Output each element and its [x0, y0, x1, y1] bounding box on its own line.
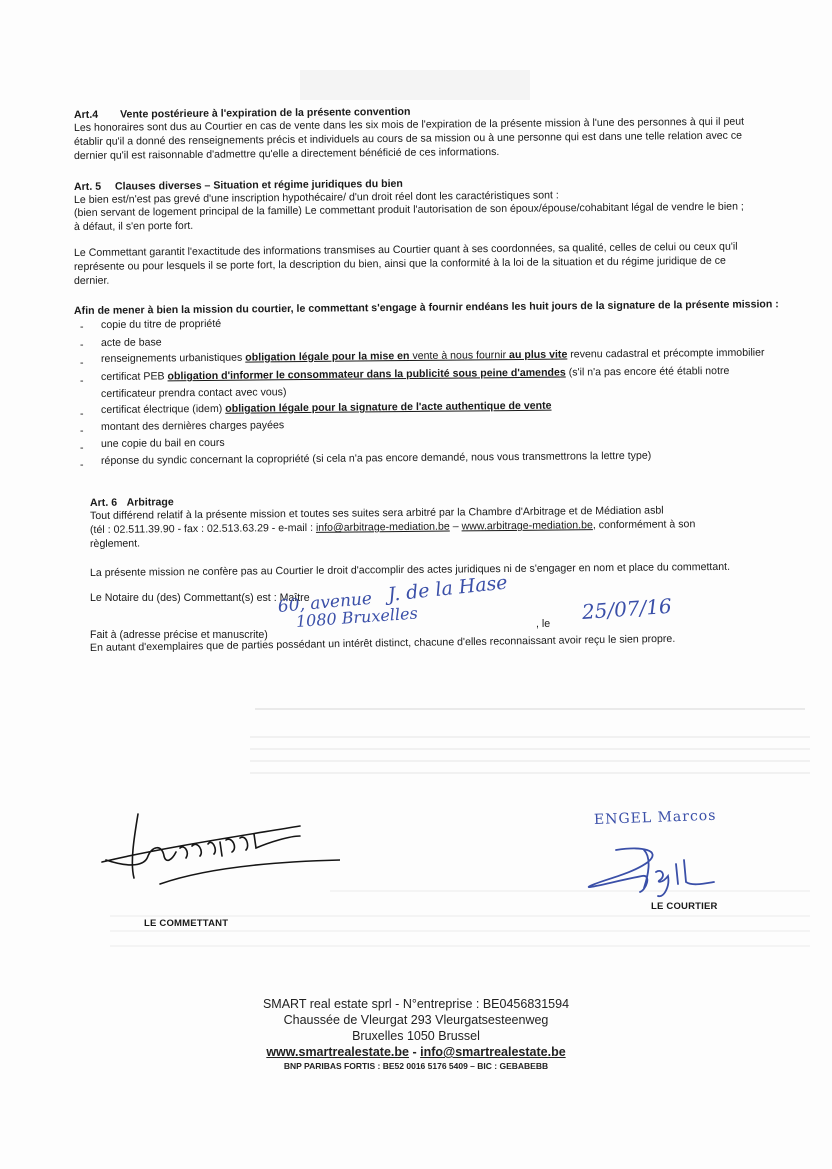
- item-text: (s'il n'a pas encore été établi notre: [566, 365, 730, 379]
- bullet-dash: -: [80, 338, 84, 352]
- art4-line: dernier qu'il est raisonnable d'admettre…: [74, 145, 499, 163]
- art5-guarantee-line: dernier.: [74, 274, 109, 288]
- bullet-dash: -: [80, 374, 84, 388]
- item-text: certificat électrique (idem): [101, 403, 225, 416]
- company-website-link[interactable]: www.smartrealestate.be: [266, 1045, 409, 1059]
- footer-city: Bruxelles 1050 Brussel: [0, 1028, 832, 1044]
- bleed-through-line: [255, 708, 805, 710]
- list-item-lease: une copie du bail en cours: [101, 436, 225, 451]
- bullet-dash: -: [80, 424, 84, 438]
- art6-line: règlement.: [90, 537, 140, 551]
- footer-links: www.smartrealestate.be - info@smartreale…: [0, 1044, 832, 1060]
- art6-title: Arbitrage: [127, 496, 174, 508]
- bullet-dash: -: [80, 441, 84, 455]
- item-text: revenu cadastral et précompte immobilier: [567, 347, 764, 361]
- bullet-dash: -: [80, 407, 84, 421]
- arbitrage-website-link[interactable]: www.arbitrage-mediation.be: [461, 519, 592, 532]
- scanned-document-page: Art.4 Vente postérieure à l'expiration d…: [0, 0, 832, 1169]
- bleed-through-line: [250, 760, 810, 762]
- list-item-electrical-certificate: certificat électrique (idem) obligation …: [101, 399, 552, 417]
- item-emphasis: obligation d'informer le consommateur da…: [167, 367, 565, 383]
- bleed-through-line: [330, 890, 810, 892]
- art6-phone-fax: (tél : 02.511.39.90 - fax : 02.513.63.29…: [90, 522, 316, 536]
- list-item-base-deed: acte de base: [101, 335, 162, 350]
- bleed-through-line: [250, 772, 810, 774]
- footer-company: SMART real estate sprl - N°entreprise : …: [0, 996, 832, 1012]
- broker-signature: [582, 846, 732, 898]
- art4-number: Art.4: [74, 109, 98, 121]
- list-item-charges: montant des dernières charges payées: [101, 418, 284, 434]
- separator: –: [450, 520, 462, 532]
- art6-text: , conformément à son: [593, 518, 696, 531]
- date-separator: , le: [536, 617, 550, 631]
- client-signature-label: LE COMMETTANT: [144, 918, 228, 929]
- list-item-urban-planning: renseignements urbanistiques obligation …: [101, 346, 765, 366]
- bleed-through-line: [110, 945, 810, 947]
- item-underlined: vente à nous fournir: [409, 349, 509, 362]
- item-emphasis: obligation légale pour la signature de l…: [225, 400, 551, 415]
- item-emphasis: au plus vite: [509, 349, 567, 362]
- item-text: renseignements urbanistiques: [101, 352, 245, 365]
- no-power-clause: La présente mission ne confère pas au Co…: [90, 560, 730, 580]
- bullet-dash: -: [80, 320, 84, 334]
- bleed-through-line: [110, 930, 810, 932]
- list-item-title-deed: copie du titre de propriété: [101, 317, 221, 332]
- item-text: certificat PEB: [101, 370, 168, 383]
- handwritten-broker-name: ENGEL Marcos: [594, 808, 717, 828]
- scan-artifact-top: [300, 70, 530, 100]
- bullet-dash: -: [80, 356, 84, 370]
- obligations-intro: Afin de mener à bien la mission du court…: [74, 297, 779, 318]
- footer-bank-details: BNP PARIBAS FORTIS : BE52 0016 5176 5409…: [0, 1060, 832, 1072]
- list-item-peb-continuation: certificateur prendra contact avec vous): [101, 385, 287, 401]
- bleed-through-line: [250, 748, 810, 750]
- list-item-peb-certificate: certificat PEB obligation d'informer le …: [101, 364, 730, 384]
- company-email-link[interactable]: info@smartrealestate.be: [420, 1045, 566, 1059]
- separator: -: [409, 1045, 420, 1059]
- bleed-through-line: [110, 915, 810, 917]
- art6-number: Art. 6: [90, 497, 117, 509]
- bullet-dash: -: [80, 458, 84, 472]
- broker-signature-label: LE COURTIER: [651, 901, 718, 912]
- arbitrage-email-link[interactable]: info@arbitrage-mediation.be: [316, 521, 450, 534]
- company-footer: SMART real estate sprl - N°entreprise : …: [0, 996, 832, 1072]
- art5-line: à défaut, il s'en porte fort.: [74, 219, 193, 234]
- list-item-syndic: réponse du syndic concernant la copropri…: [101, 449, 651, 468]
- art5-number: Art. 5: [74, 181, 101, 193]
- client-signature: [100, 808, 340, 888]
- handwritten-date: 25/07/16: [581, 594, 672, 624]
- item-emphasis: obligation légale pour la mise en: [245, 350, 409, 364]
- footer-address: Chaussée de Vleurgat 293 Vleurgatsesteen…: [0, 1012, 832, 1028]
- bleed-through-line: [250, 736, 810, 738]
